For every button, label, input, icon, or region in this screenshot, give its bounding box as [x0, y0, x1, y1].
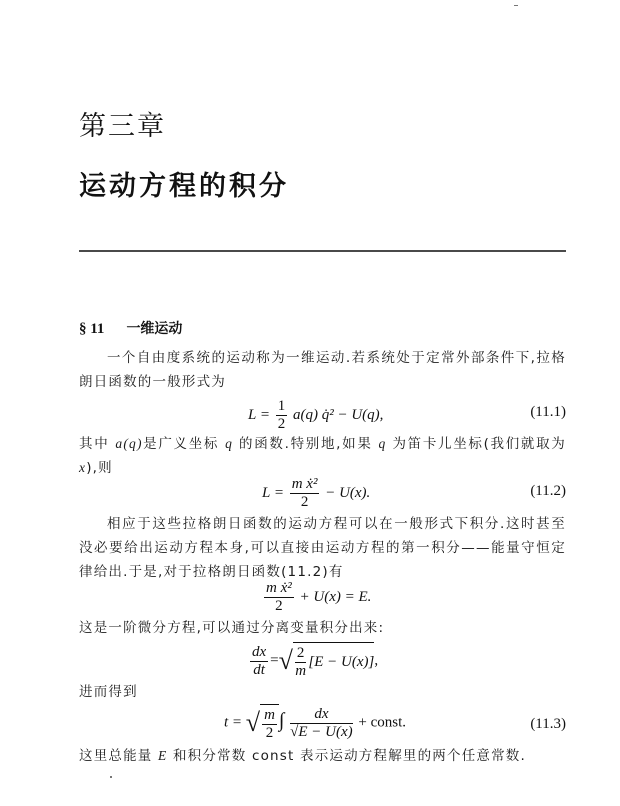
scan-speck [110, 776, 112, 778]
square-root: √m2 [246, 704, 279, 742]
square-root: √2m[E − U(x)] [279, 642, 375, 680]
equation-number: (11.1) [530, 404, 566, 421]
fraction: m ẋ²2 [290, 476, 320, 511]
equation-velocity: dxdt=√2m[E − U(x)], [248, 642, 378, 680]
section-heading: § 11一维运动 [79, 318, 182, 338]
paragraph-hence: 进而得到 [79, 680, 566, 704]
equation-11-3: t = √m2∫ dx√E − U(x) + const. [224, 704, 406, 742]
equation-energy: m ẋ²2 + U(x) = E. [262, 580, 371, 615]
fraction: 12 [276, 398, 288, 433]
fraction: dxdt [250, 644, 268, 679]
section-number: § 11 [79, 321, 104, 337]
fraction: m ẋ²2 [264, 580, 294, 615]
equation-number: (11.3) [530, 716, 566, 733]
paragraph-constants: 这里总能量 E 和积分常数 const 表示运动方程解里的两个任意常数. [79, 744, 566, 768]
integral-sign: ∫ [279, 709, 284, 731]
paragraph-energy: 相应于这些拉格朗日函数的运动方程可以在一般形式下积分.这时甚至没必要给出运动方程… [79, 512, 566, 584]
equation-number: (11.2) [530, 483, 566, 500]
chapter-divider [79, 250, 566, 252]
equation-11-2: L = m ẋ²2 − U(x). [262, 476, 370, 511]
section-title: 一维运动 [126, 321, 182, 337]
equation-11-1: L = 12 a(q) q̇² − U(q), [248, 398, 383, 433]
paragraph-first-order: 这是一阶微分方程,可以通过分离变量积分出来: [79, 616, 566, 640]
paragraph-intro: 一个自由度系统的运动称为一维运动.若系统处于定常外部条件下,拉格朗日函数的一般形… [79, 346, 566, 394]
paragraph-coordinates: 其中 a(q)是广义坐标 q 的函数.特别地,如果 q 为笛卡儿坐标(我们就取为… [79, 432, 566, 480]
fraction: dx√E − U(x) [290, 706, 353, 741]
chapter-title: 运动方程的积分 [79, 164, 289, 203]
scan-speck [514, 5, 518, 6]
chapter-number: 第三章 [79, 104, 166, 143]
